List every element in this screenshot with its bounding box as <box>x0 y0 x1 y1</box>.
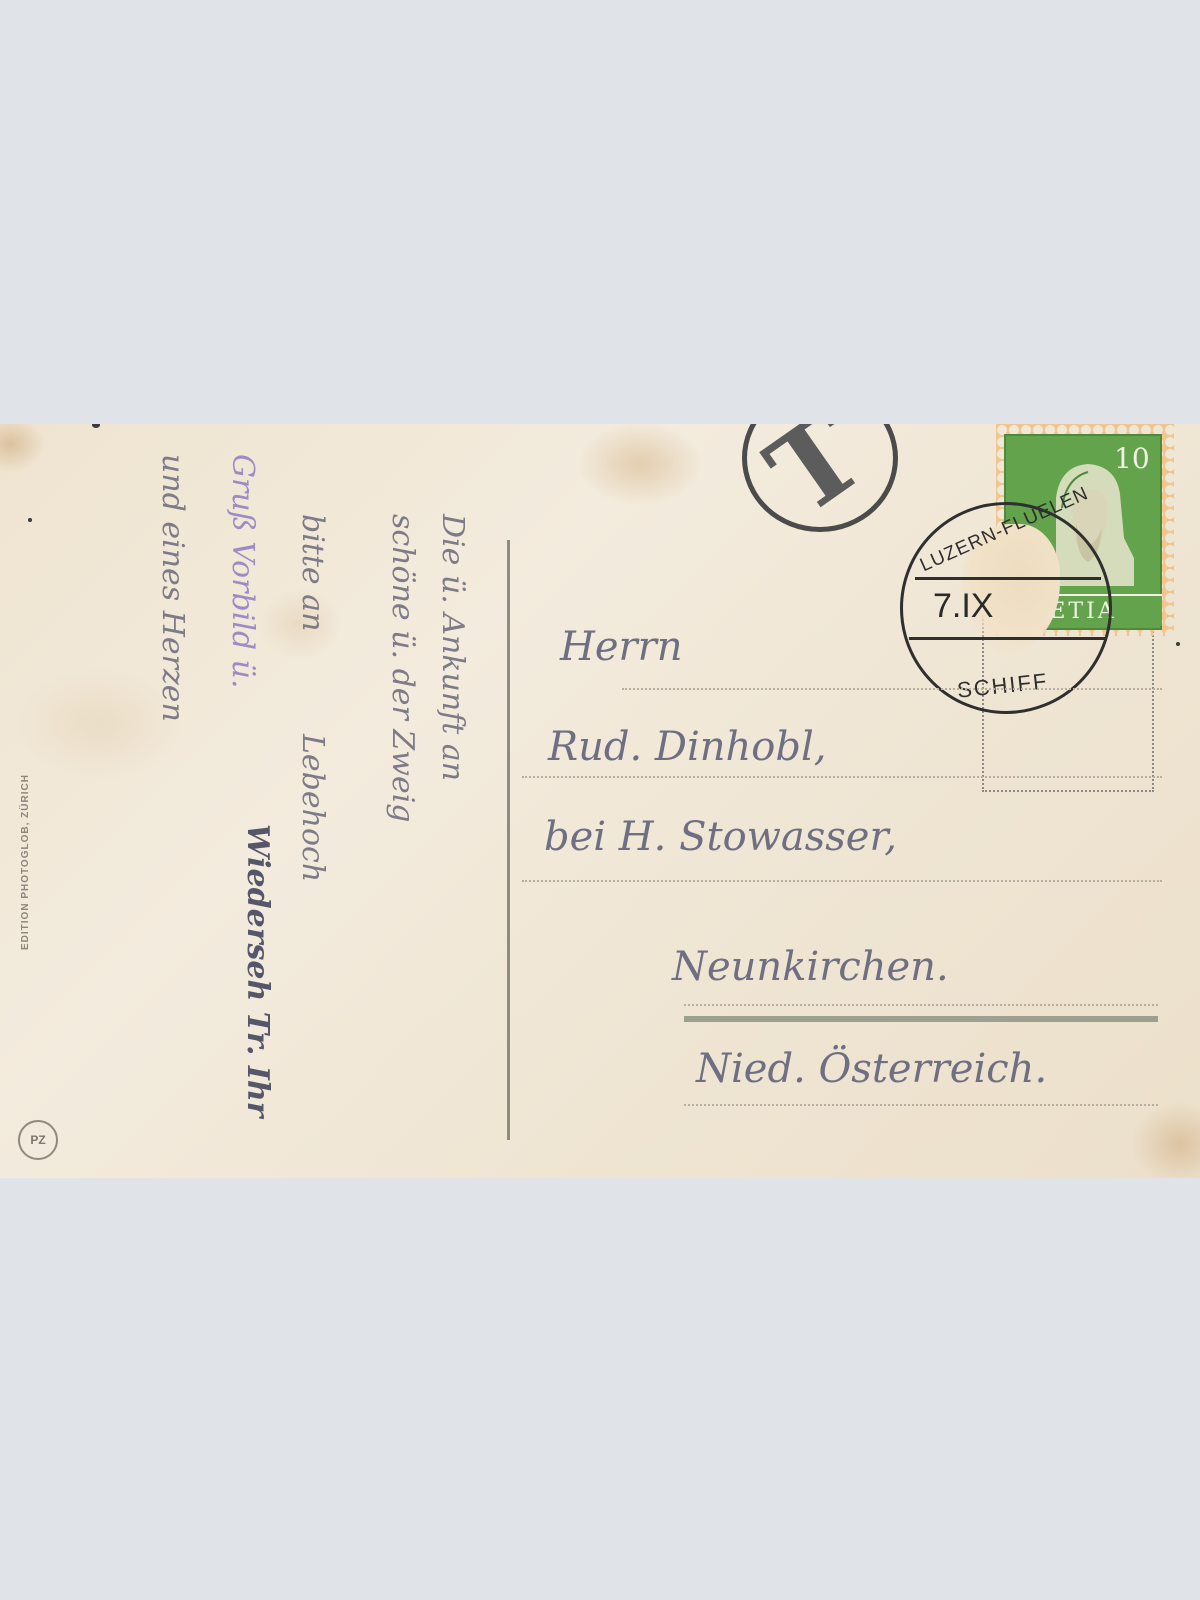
message-line: Lebehoch <box>295 734 330 882</box>
message-line: bitte an <box>295 514 330 631</box>
address-line: Herrn <box>560 624 683 670</box>
message-line-violet: Gruß Vorbild ü. <box>225 454 260 689</box>
postcard-back: EDITION PHOTOGLOB, ZÜRICH PZ Die ü. Anku… <box>0 424 1200 1178</box>
postmark: LUZERN-FLUELEN 7.IX SCHIFF <box>900 502 1112 714</box>
address-rule <box>684 1104 1158 1106</box>
address-underline <box>684 1016 1158 1022</box>
address-line: Neunkirchen. <box>672 944 949 990</box>
tax-mark-glyph: T <box>751 424 881 533</box>
message-line: schöne ü. der Zweig <box>385 514 420 823</box>
tax-mark: T <box>742 424 898 532</box>
ink-speck <box>92 424 100 428</box>
postmark-bottom-text: SCHIFF <box>956 668 1050 703</box>
publisher-imprint: EDITION PHOTOGLOB, ZÜRICH <box>20 720 31 950</box>
postmark-bar <box>915 577 1101 580</box>
address-rule <box>684 1004 1158 1006</box>
address-line: Nied. Österreich. <box>696 1046 1047 1092</box>
address-line: Rud. Dinhobl, <box>548 724 827 770</box>
card-divider <box>507 540 510 1140</box>
address-rule <box>522 776 1162 778</box>
publisher-logo-icon: PZ <box>18 1120 58 1160</box>
address-rule <box>622 688 1162 690</box>
ink-speck <box>1176 642 1180 646</box>
ink-speck <box>28 518 32 522</box>
message-signature: Wiederseh Tr. Ihr <box>240 824 275 1117</box>
address-line: bei H. Stowasser, <box>544 814 897 860</box>
address-rule <box>522 880 1162 882</box>
message-line: und eines Herzen <box>155 454 190 722</box>
stamp-value: 10 <box>1114 442 1150 475</box>
postmark-bar <box>909 637 1105 640</box>
message-line: Die ü. Ankunft an <box>435 514 470 781</box>
publisher-logo-text: PZ <box>30 1133 45 1147</box>
postmark-date: 7.IX <box>933 587 993 626</box>
